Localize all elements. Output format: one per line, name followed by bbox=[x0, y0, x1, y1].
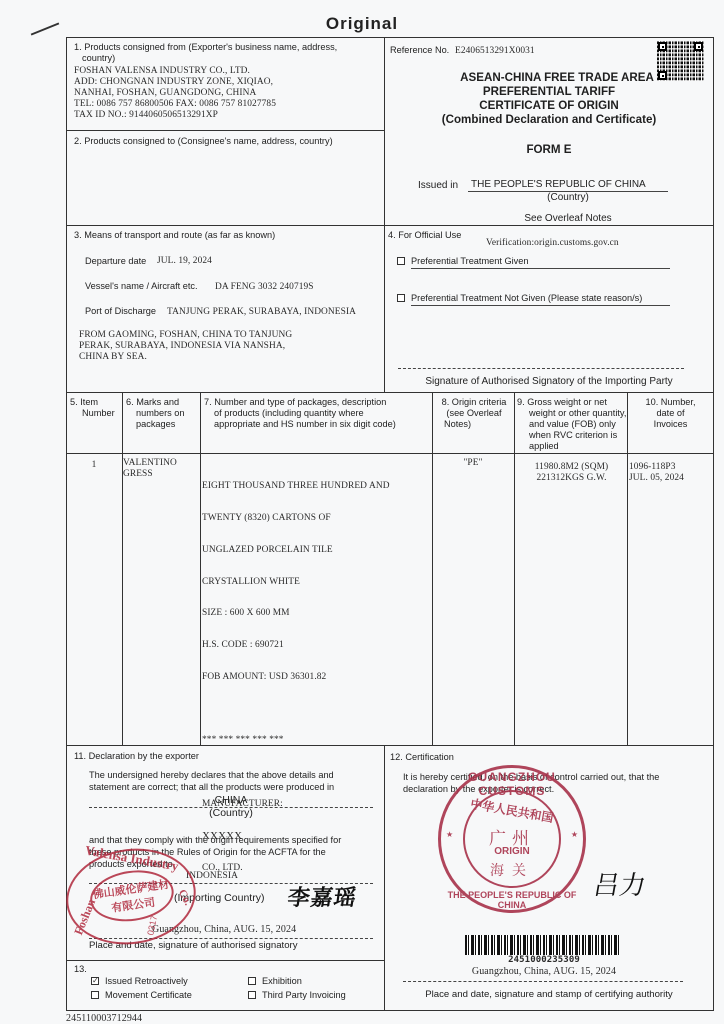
route-line-3: CHINA BY SEA. bbox=[79, 352, 147, 363]
certificate-title-2: PREFERENTIAL TARIFF bbox=[384, 85, 714, 99]
table-row: 1 VALENTINO GRESS EIGHT THOUSAND THREE H… bbox=[66, 453, 714, 745]
box-exporter-declaration: 11. Declaration by the exporter The unde… bbox=[66, 745, 384, 960]
checkbox-issued-retroactively[interactable] bbox=[91, 977, 99, 985]
vessel-name: DA FENG 3032 240719S bbox=[215, 282, 314, 293]
country-caption: (Country) bbox=[86, 808, 376, 819]
box-exporter: 1. Products consigned from (Exporter's b… bbox=[66, 37, 384, 130]
origin-criteria: "PE" bbox=[432, 458, 514, 469]
option-third-party-invoicing[interactable]: Third Party Invoicing bbox=[248, 990, 346, 1001]
gross-weight: 11980.8M2 (SQM) 221312KGS G.W. bbox=[515, 462, 628, 483]
customs-stamp-origin: ORIGIN bbox=[465, 846, 559, 857]
customs-stamp-ring-bottom: THE PEOPLE'S REPUBLIC OF CHINA bbox=[435, 890, 589, 910]
declaration-line-2: statement are correct; that all the prod… bbox=[89, 782, 334, 793]
port-label: Port of Discharge bbox=[85, 306, 156, 317]
box12-label: 12. Certification bbox=[390, 752, 454, 763]
port-of-discharge: TANJUNG PERAK, SURABAYA, INDONESIA bbox=[167, 307, 356, 318]
reference-number: E2406513291X0031 bbox=[455, 46, 535, 57]
declaration-line-1: The undersigned hereby declares that the… bbox=[89, 770, 334, 781]
importing-signature-caption: Signature of Authorised Signatory of the… bbox=[384, 376, 714, 387]
box3-label: 3. Means of transport and route (as far … bbox=[74, 230, 275, 241]
box-official-use: 4. For Official Use Verification:origin.… bbox=[384, 225, 714, 392]
overleaf-notes: See Overleaf Notes bbox=[468, 213, 668, 224]
barcode bbox=[465, 935, 620, 955]
checkbox-third-party-invoicing[interactable] bbox=[248, 991, 256, 999]
col-header-item: 5. Item Number bbox=[70, 397, 120, 419]
document-title: Original bbox=[0, 14, 724, 34]
option-preferential-not-given-label: Preferential Treatment Not Given (Please… bbox=[411, 293, 642, 303]
departure-date: JUL. 19, 2024 bbox=[157, 256, 212, 267]
box-13-options: 13. Issued Retroactively Exhibition Move… bbox=[66, 960, 384, 1011]
given-underline bbox=[411, 268, 670, 269]
qr-code bbox=[657, 41, 704, 81]
checkbox-preferential-given[interactable] bbox=[397, 257, 405, 265]
reference-label: Reference No. bbox=[390, 45, 449, 56]
option-preferential-not-given[interactable]: Preferential Treatment Not Given (Please… bbox=[397, 293, 642, 304]
box-consignee: 2. Products consigned to (Consignee's na… bbox=[66, 130, 384, 225]
customs-stamp: GUANGZHOU CUSTOMS THE PEOPLE'S REPUBLIC … bbox=[438, 765, 586, 913]
option-preferential-given-label: Preferential Treatment Given bbox=[411, 256, 528, 266]
company-stamp-right-text: Co. bbox=[176, 888, 194, 908]
col-header-weight: 9. Gross weight or net weight or other q… bbox=[517, 397, 627, 452]
issued-country-caption: (Country) bbox=[468, 192, 668, 203]
footer-number: 245110003712944 bbox=[66, 1014, 142, 1024]
vessel-label: Vessel's name / Aircraft etc. bbox=[85, 281, 198, 292]
checkbox-exhibition[interactable] bbox=[248, 977, 256, 985]
certificate-title-3: CERTIFICATE OF ORIGIN bbox=[384, 99, 714, 113]
col-header-description: 7. Number and type of packages, descript… bbox=[204, 397, 432, 430]
exporter-name: FOSHAN VALENSA INDUSTRY CO., LTD. bbox=[74, 66, 250, 77]
exporter-signature: 李嘉瑶 bbox=[286, 881, 359, 912]
importing-signature-line bbox=[398, 368, 684, 369]
box1-label: 1. Products consigned from (Exporter's b… bbox=[74, 42, 337, 53]
certificate-title-4: (Combined Declaration and Certificate) bbox=[384, 113, 714, 127]
box13-label: 13. bbox=[74, 964, 87, 975]
certifier-place-date: Guangzhou, China, AUG. 15, 2024 bbox=[424, 967, 664, 978]
exporter-address-2: NANHAI, FOSHAN, GUANGDONG, CHINA bbox=[74, 88, 256, 99]
box-certification: 12. Certification It is hereby certified… bbox=[384, 745, 714, 1011]
col-header-marks: 6. Marks and numbers on packages bbox=[126, 397, 198, 430]
issued-in-country: THE PEOPLE'S REPUBLIC OF CHINA bbox=[471, 179, 646, 190]
declaration-line-3: and that they comply with the origin req… bbox=[89, 835, 341, 846]
certifier-signature-line bbox=[403, 981, 683, 982]
col-header-origin: 8. Origin criteria (see Overleaf Notes) bbox=[434, 397, 514, 430]
table-top-line bbox=[66, 392, 714, 393]
star-icon: ★ bbox=[446, 830, 453, 839]
customs-stamp-inner-bottom: 海关 bbox=[465, 860, 559, 880]
option-exhibition[interactable]: Exhibition bbox=[248, 976, 302, 987]
box2-label: 2. Products consigned to (Consignee's na… bbox=[74, 136, 333, 147]
not-given-underline bbox=[411, 305, 670, 306]
option-issued-retroactively[interactable]: Issued Retroactively bbox=[91, 976, 188, 987]
star-icon: ★ bbox=[571, 830, 578, 839]
route-line-1: FROM GAOMING, FOSHAN, CHINA TO TANJUNG bbox=[79, 330, 292, 341]
certifier-caption: Place and date, signature and stamp of c… bbox=[384, 989, 714, 1000]
official-signature: 吕力 bbox=[591, 865, 650, 902]
checkbox-movement-certificate[interactable] bbox=[91, 991, 99, 999]
issued-in-label: Issued in bbox=[418, 180, 458, 191]
exporter-address-1: ADD: CHONGNAN INDUSTRY ZONE, XIQIAO, bbox=[74, 77, 273, 88]
exporter-phone: TEL: 0086 757 86800506 FAX: 0086 757 810… bbox=[74, 99, 276, 110]
barcode-number: 2451000235309 bbox=[464, 955, 624, 966]
exporter-tax-id: TAX ID NO.: 9144060506513291XP bbox=[74, 110, 218, 121]
marks: VALENTINO GRESS bbox=[123, 458, 177, 479]
box1-label-cont: country) bbox=[82, 53, 115, 64]
form-name: FORM E bbox=[384, 143, 714, 157]
verification-url: Verification:origin.customs.gov.cn bbox=[486, 238, 619, 249]
col-header-invoices: 10. Number, date of Invoices bbox=[628, 397, 713, 430]
option-movement-certificate[interactable]: Movement Certificate bbox=[91, 990, 192, 1001]
departure-label: Departure date bbox=[85, 256, 146, 267]
checkbox-preferential-not-given[interactable] bbox=[397, 294, 405, 302]
item-number: 1 bbox=[66, 460, 122, 471]
customs-stamp-ring-top: GUANGZHOU CUSTOMS bbox=[455, 770, 569, 798]
box11-label: 11. Declaration by the exporter bbox=[74, 751, 199, 762]
produced-in-country: CHINA bbox=[86, 795, 376, 806]
box4-label: 4. For Official Use bbox=[388, 230, 461, 241]
option-preferential-given[interactable]: Preferential Treatment Given bbox=[397, 256, 528, 267]
box-transport: 3. Means of transport and route (as far … bbox=[66, 225, 384, 392]
route-line-2: PERAK, SURABAYA, INDONESIA VIA NANSHA, bbox=[79, 341, 285, 352]
invoice-number-date: 1096-118P3 JUL. 05, 2024 bbox=[629, 462, 684, 483]
